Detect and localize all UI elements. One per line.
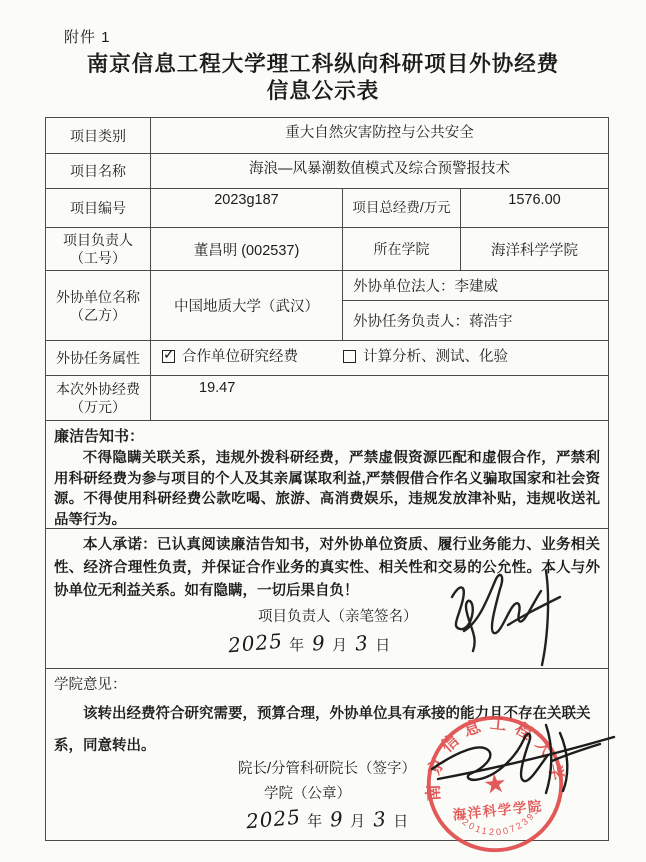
- partner-legal-person: 外协单位法人：李建威: [343, 271, 608, 301]
- task-type-label: 外协任务属性: [46, 341, 151, 375]
- commitment-cell: 本人承诺：已认真阅读廉洁告知书，对外协单位资质、履行业务能力、业务相关性、经济合…: [46, 529, 608, 668]
- partner-unit-value: 中国地质大学（武汉）: [151, 271, 343, 340]
- row-college-opinion: 学院意见： 该转出经费符合研究需要，预算合理，外协单位具有承接的能力且不存在关联…: [46, 669, 608, 840]
- dean-sign-label: 院长/分管科研院长（签字）: [238, 757, 416, 778]
- unchecked-checkbox-icon: [343, 350, 356, 363]
- row-partner-unit: 外协单位名称 （乙方） 中国地质大学（武汉） 外协单位法人：李建威 外协任务负责…: [46, 271, 608, 341]
- project-leader-value: 董昌明 (002537): [151, 228, 343, 270]
- total-budget-value: 1576.00: [461, 189, 608, 227]
- year-unit: 年: [307, 813, 324, 830]
- partner-unit-label: 外协单位名称 （乙方）: [46, 271, 151, 340]
- row-commitment: 本人承诺：已认真阅读廉洁告知书，对外协单位资质、履行业务能力、业务相关性、经济合…: [46, 529, 608, 669]
- day-unit: 日: [393, 813, 410, 830]
- commitment-date-day: 3: [354, 630, 370, 655]
- total-budget-label: 项目总经费/万元: [343, 189, 461, 227]
- leader-signature: [444, 567, 572, 669]
- dean-signature: [428, 717, 618, 809]
- college-date: 2025 年 9 月 3 日: [246, 807, 410, 831]
- partner-task-leader: 外协任务负责人：蒋浩宇: [343, 301, 608, 340]
- month-unit: 月: [332, 637, 349, 654]
- integrity-notice-cell: 廉洁告知书： 不得隐瞒关联关系，违规外拨科研经费，严禁虚假资源匹配和虚假合作，严…: [46, 421, 608, 528]
- project-number-value: 2023g187: [151, 189, 343, 227]
- commitment-date-month: 9: [311, 630, 327, 655]
- page-title: 南京信息工程大学理工科纵向科研项目外协经费 信息公示表: [0, 51, 646, 105]
- row-amount: 本次外协经费 （万元） 19.47: [46, 376, 608, 421]
- college-opinion-cell: 学院意见： 该转出经费符合研究需要，预算合理，外协单位具有承接的能力且不存在关联…: [46, 669, 608, 840]
- checked-checkbox-icon: ✓: [162, 350, 175, 363]
- task-type-option-cooperation: ✓合作单位研究经费: [162, 341, 298, 374]
- project-name-value: 海浪—风暴潮数值模式及综合预警报技术: [151, 154, 608, 188]
- scanned-form-page: 附件 1 南京信息工程大学理工科纵向科研项目外协经费 信息公示表 项目类别 重大…: [0, 0, 646, 862]
- month-unit: 月: [350, 813, 367, 830]
- college-date-day: 3: [372, 806, 388, 831]
- stamp-label: 学院（公章）: [264, 782, 351, 803]
- commitment-date: 2025 年 9 月 3 日: [228, 631, 392, 655]
- project-leader-label: 项目负责人 （工号）: [46, 228, 151, 270]
- amount-value: 19.47: [151, 376, 608, 420]
- form-table: 项目类别 重大自然灾害防控与公共安全 项目名称 海浪—风暴潮数值模式及综合预警报…: [45, 117, 609, 841]
- college-opinion-title: 学院意见：: [54, 674, 600, 696]
- project-name-label: 项目名称: [46, 154, 151, 188]
- integrity-notice-body: 不得隐瞒关联关系，违规外拨科研经费，严禁虚假资源匹配和虚假合作，严禁利用科研经费…: [54, 448, 600, 530]
- school-label: 所在学院: [343, 228, 461, 270]
- college-date-month: 9: [329, 806, 345, 831]
- commitment-date-year: 2025: [227, 629, 284, 658]
- task-type-option-analysis: 计算分析、测试、化验: [343, 341, 508, 374]
- row-task-type: 外协任务属性 ✓合作单位研究经费 计算分析、测试、化验: [46, 341, 608, 376]
- partner-people-cell: 外协单位法人：李建威 外协任务负责人：蒋浩宇: [343, 271, 608, 340]
- integrity-notice-title: 廉洁告知书：: [54, 426, 600, 448]
- checkmark-glyph: ✓: [163, 347, 175, 361]
- page-title-line1: 南京信息工程大学理工科纵向科研项目外协经费: [0, 51, 646, 78]
- project-category-value: 重大自然灾害防控与公共安全: [151, 118, 608, 153]
- row-project-category: 项目类别 重大自然灾害防控与公共安全: [46, 118, 608, 154]
- page-title-line2: 信息公示表: [0, 78, 646, 105]
- task-type-option2-text: 计算分析、测试、化验: [363, 349, 508, 365]
- task-type-options: ✓合作单位研究经费 计算分析、测试、化验: [151, 341, 608, 375]
- attachment-label: 附件 1: [64, 26, 111, 47]
- row-project-leader: 项目负责人 （工号） 董昌明 (002537) 所在学院 海洋科学学院: [46, 228, 608, 271]
- row-project-name: 项目名称 海浪—风暴潮数值模式及综合预警报技术: [46, 154, 608, 189]
- school-value: 海洋科学学院: [461, 228, 608, 270]
- project-category-label: 项目类别: [46, 118, 151, 153]
- row-integrity-notice: 廉洁告知书： 不得隐瞒关联关系，违规外拨科研经费，严禁虚假资源匹配和虚假合作，严…: [46, 421, 608, 529]
- row-project-number: 项目编号 2023g187 项目总经费/万元 1576.00: [46, 189, 608, 228]
- year-unit: 年: [289, 637, 306, 654]
- project-number-label: 项目编号: [46, 189, 151, 227]
- amount-label: 本次外协经费 （万元）: [46, 376, 151, 420]
- leader-sign-label: 项目负责人（亲笔签名）: [258, 605, 418, 626]
- day-unit: 日: [375, 637, 392, 654]
- task-type-option1-text: 合作单位研究经费: [182, 349, 298, 365]
- college-date-year: 2025: [245, 805, 302, 834]
